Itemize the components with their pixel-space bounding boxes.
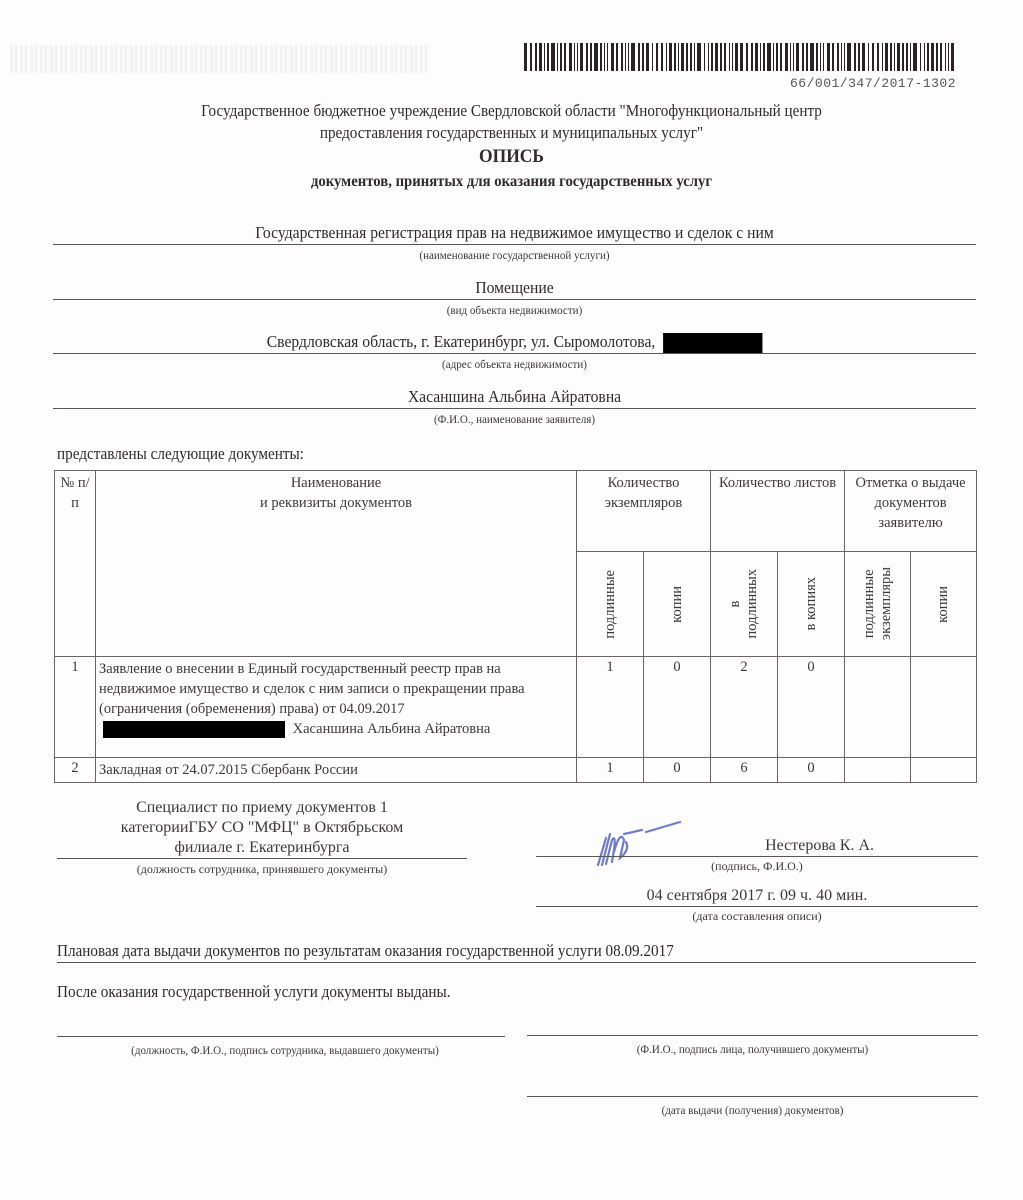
issued-statement: После оказания государственной услуги до… (57, 982, 451, 1002)
barcode-bar (669, 43, 672, 71)
barcode-bar (524, 43, 527, 71)
header-name: Наименование и реквизиты документов (96, 471, 577, 657)
barcode-bar (697, 43, 701, 71)
issue-date-line (527, 1096, 978, 1097)
header-sheets-group: Количество листов (711, 471, 845, 552)
header-issue-group: Отметка о выдаче документов заявителю (845, 471, 977, 552)
row-description-tail: Хасаншина Альбина Айратовна (293, 721, 491, 737)
barcode-bar (732, 43, 733, 71)
barcode-bar (661, 43, 663, 71)
barcode-bar (590, 43, 592, 71)
barcode-bar (604, 43, 605, 71)
barcode-bar (535, 43, 537, 71)
barcode-bar (715, 43, 718, 71)
barcode-bar (574, 43, 575, 71)
header-sheets-copy-label: в копиях (803, 577, 820, 630)
barcode (524, 43, 958, 71)
underline (53, 408, 976, 409)
barcode-bar (638, 43, 640, 71)
barcode-bar (560, 43, 562, 71)
copies-copy: 0 (644, 758, 711, 783)
sheets-copy: 0 (778, 758, 845, 783)
planned-date-text: Плановая дата выдачи документов по резул… (57, 940, 902, 962)
barcode-bar (882, 43, 883, 71)
issue-original (845, 657, 911, 758)
underline (53, 299, 976, 300)
barcode-bar (580, 43, 583, 71)
organization-line-2: предоставления государственных и муницип… (41, 122, 982, 144)
barcode-bar (539, 43, 542, 71)
bleed-through-barcode (10, 45, 430, 73)
barcode-bar (621, 43, 623, 71)
presented-label: представлены следующие документы: (57, 444, 304, 464)
barcode-bar (740, 43, 743, 71)
object-type-value: Помещение (90, 277, 939, 299)
barcode-bar (656, 43, 658, 71)
header-copies-group: Количество экземпляров (577, 471, 711, 552)
barcode-bar (906, 43, 908, 71)
barcode-bar (806, 43, 808, 71)
table-row: 1 Заявление о внесении в Единый государс… (55, 657, 977, 758)
barcode-bar (564, 43, 566, 71)
barcode-bar (858, 43, 860, 71)
barcode-bar (823, 43, 824, 71)
header-copies-original: подлинные (577, 552, 644, 657)
organization-name: Государственное бюджетное учреждение Све… (41, 100, 982, 144)
barcode-bar (802, 43, 804, 71)
barcode-bar (625, 43, 626, 71)
staff-position-block: Специалист по приему документов 1 катего… (57, 798, 467, 877)
copies-copy: 0 (644, 657, 711, 758)
barcode-bar (773, 43, 774, 71)
barcode-bar (832, 43, 834, 71)
issue-original (845, 758, 911, 783)
barcode-bar (862, 43, 865, 71)
underline (57, 962, 976, 963)
barcode-bar (551, 43, 555, 71)
barcode-bar (652, 43, 653, 71)
barcode-bar (628, 43, 629, 71)
staff-position-line-1: Специалист по приему документов 1 (57, 798, 467, 818)
issuer-signature-line (57, 1036, 505, 1037)
barcode-bar (820, 43, 821, 71)
barcode-bar (927, 43, 929, 71)
header-issue-copy-label: копии (935, 586, 952, 623)
object-type-caption: (вид объекта недвижимости) (90, 302, 939, 318)
applicant-value: Хасаншина Альбина Айратовна (90, 386, 939, 408)
header-sheets-original: вподлинных (711, 552, 778, 657)
barcode-bar (897, 43, 900, 71)
organization-line-1: Государственное бюджетное учреждение Све… (41, 100, 982, 122)
barcode-bar (776, 43, 778, 71)
barcode-bar (931, 43, 934, 71)
receiver-signature-line (527, 1035, 978, 1036)
table-row: 2 Закладная от 24.07.2015 Сбербанк Росси… (55, 758, 977, 783)
copies-original: 1 (577, 758, 644, 783)
barcode-bar (681, 43, 684, 71)
barcode-bar (924, 43, 925, 71)
issue-date-caption: (дата выдачи (получения) документов) (545, 1103, 960, 1118)
barcode-bar (763, 43, 765, 71)
issuer-caption: (должность, Ф.И.О., подпись сотрудника, … (60, 1043, 511, 1058)
barcode-bar (872, 43, 874, 71)
header-issue-original: подлинныеэкземпляры (845, 552, 911, 657)
staff-position-line-3: филиале г. Екатеринбурга (57, 838, 467, 858)
barcode-bar (594, 43, 598, 71)
address-row: Свердловская область, г. Екатеринбург, у… (90, 331, 939, 353)
barcode-bar (708, 43, 709, 71)
address-value: Свердловская область, г. Екатеринбург, у… (267, 332, 656, 351)
applicant-field: Хасаншина Альбина Айратовна (Ф.И.О., наи… (53, 386, 976, 427)
sheets-copy: 0 (778, 657, 845, 758)
barcode-bar (760, 43, 761, 71)
label-part: подлинные (861, 570, 877, 639)
barcode-bar (810, 43, 814, 71)
address-field: Свердловская область, г. Екатеринбург, у… (53, 331, 976, 372)
barcode-bar (844, 43, 845, 71)
barcode-bar (780, 43, 782, 71)
document-title: ОПИСЬ (41, 146, 982, 168)
issue-copy (911, 758, 977, 783)
barcode-bar (816, 43, 818, 71)
barcode-bar (611, 43, 614, 71)
planned-date-block: Плановая дата выдачи документов по резул… (57, 940, 976, 963)
receiver-caption: (Ф.И.О., подпись лица, получившего докум… (545, 1042, 960, 1057)
document-subtitle: документов, принятых для оказания госуда… (41, 173, 982, 191)
address-caption: (адрес объекта недвижимости) (90, 356, 939, 372)
barcode-bar (902, 43, 904, 71)
redaction-block (663, 333, 762, 353)
label-part: экземпляры (878, 567, 894, 640)
compiled-date: 04 сентября 2017 г. 09 ч. 40 мин. (536, 886, 978, 906)
row-description-text: Заявление о внесении в Единый государств… (99, 661, 525, 717)
barcode-bar (890, 43, 892, 71)
staff-name-caption: (подпись, Ф.И.О.) (536, 859, 978, 874)
barcode-bar (547, 43, 549, 71)
redaction-block (103, 721, 285, 738)
row-description: Заявление о внесении в Единый государств… (96, 657, 577, 758)
barcode-bar (631, 43, 635, 71)
barcode-bar (735, 43, 738, 71)
barcode-bar (678, 43, 679, 71)
header-copies-original-label: подлинные (602, 570, 619, 639)
staff-position-line-2: категорииГБУ СО "МФЦ" в Октябрьском (57, 818, 467, 838)
barcode-bar (790, 43, 791, 71)
row-num: 2 (55, 758, 96, 783)
barcode-bar (577, 43, 578, 71)
barcode-bar (940, 43, 942, 71)
barcode-bar (642, 43, 644, 71)
barcode-bar (569, 43, 572, 71)
compiled-date-block: 04 сентября 2017 г. 09 ч. 40 мин. (дата … (536, 886, 978, 924)
header-num: № п/п (55, 471, 96, 657)
signature-block: Нестерова К. А. (подпись, Ф.И.О.) (536, 836, 978, 874)
header-copies-copy: копии (644, 552, 711, 657)
barcode-bar (690, 43, 692, 71)
label-part: подлинных (744, 569, 760, 638)
barcode-bar (951, 43, 954, 71)
barcode-bar (948, 43, 949, 71)
documents-table: № п/п Наименование и реквизиты документо… (54, 470, 977, 783)
barcode-bar (616, 43, 618, 71)
row-description: Закладная от 24.07.2015 Сбербанк России (96, 758, 577, 783)
barcode-bar (894, 43, 895, 71)
barcode-bar (686, 43, 688, 71)
header-issue-copy: копии (911, 552, 977, 657)
barcode-bar (704, 43, 705, 71)
header-sheets-copy: в копиях (778, 552, 845, 657)
issue-copy (911, 657, 977, 758)
row-num: 1 (55, 657, 96, 758)
barcode-bar (544, 43, 545, 71)
header-copies-copy-label: копии (669, 586, 686, 623)
barcode-bar (600, 43, 602, 71)
barcode-bar (666, 43, 667, 71)
service-caption: (наименование государственной услуги) (90, 247, 939, 263)
underline (53, 244, 976, 245)
barcode-bar (793, 43, 794, 71)
barcode-bar (920, 43, 921, 71)
barcode-bar (746, 43, 748, 71)
barcode-bar (724, 43, 726, 71)
barcode-bar (877, 43, 879, 71)
barcode-bar (694, 43, 695, 71)
header-name-line-1: Наименование (99, 473, 573, 493)
barcode-bar (837, 43, 839, 71)
staff-name: Нестерова К. А. (536, 836, 978, 856)
barcode-bar (936, 43, 938, 71)
service-field: Государственная регистрация прав на недв… (53, 222, 976, 263)
barcode-bar (646, 43, 649, 71)
object-type-field: Помещение (вид объекта недвижимости) (53, 277, 976, 318)
barcode-bar (674, 43, 676, 71)
barcode-bar (767, 43, 771, 71)
header-sheets-original-label: вподлинных (727, 569, 761, 638)
barcode-bar (885, 43, 888, 71)
header-issue-original-label: подлинныеэкземпляры (861, 567, 895, 640)
barcode-bar (530, 43, 532, 71)
barcode-bar (827, 43, 830, 71)
service-value: Государственная регистрация прав на недв… (90, 222, 939, 244)
header-name-line-2: и реквизиты документов (99, 493, 573, 513)
staff-position-caption: (должность сотрудника, принявшего докуме… (57, 862, 467, 877)
barcode-bar (751, 43, 753, 71)
barcode-bar (557, 43, 558, 71)
copies-original: 1 (577, 657, 644, 758)
header-row-groups: № п/п Наименование и реквизиты документо… (55, 471, 977, 552)
sheets-original: 6 (711, 758, 778, 783)
barcode-bar (729, 43, 730, 71)
barcode-bar (796, 43, 799, 71)
barcode-bar (841, 43, 842, 71)
label-part: в (727, 601, 743, 608)
underline (53, 353, 976, 354)
applicant-caption: (Ф.И.О., наименование заявителя) (90, 411, 939, 427)
barcode-bar (720, 43, 722, 71)
registration-number: 66/001/347/2017-1302 (790, 76, 956, 91)
underline (536, 856, 978, 857)
underline (536, 906, 978, 907)
barcode-bar (785, 43, 788, 71)
barcode-bar (868, 43, 869, 71)
barcode-bar (586, 43, 588, 71)
barcode-bar (755, 43, 758, 71)
barcode-bar (945, 43, 946, 71)
barcode-bar (854, 43, 856, 71)
barcode-bar (607, 43, 608, 71)
barcode-bar (910, 43, 911, 71)
barcode-bar (847, 43, 851, 71)
underline (57, 858, 467, 859)
compiled-date-caption: (дата составления описи) (536, 909, 978, 924)
barcode-bar (913, 43, 917, 71)
barcode-bar (711, 43, 713, 71)
sheets-original: 2 (711, 657, 778, 758)
